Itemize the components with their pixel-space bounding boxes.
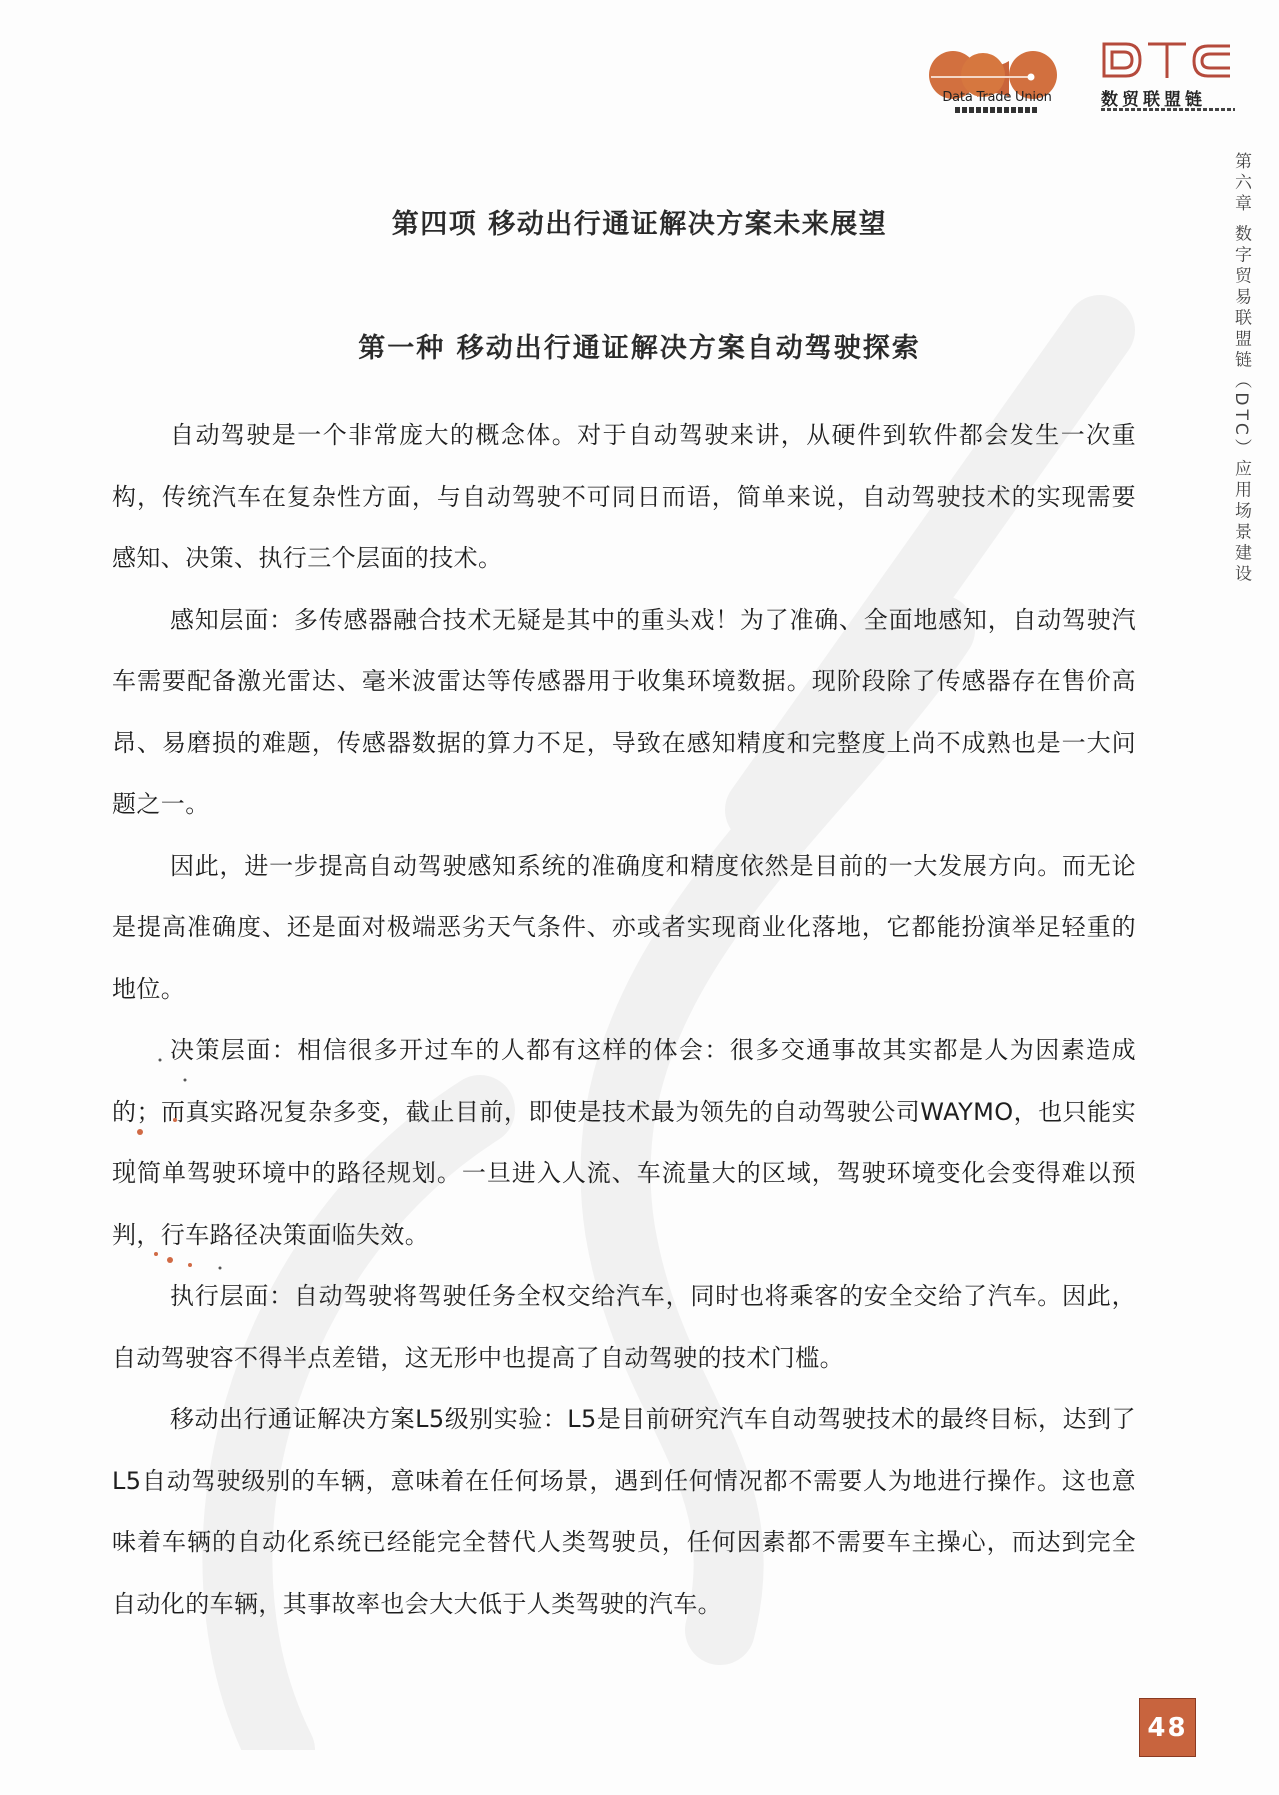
- paragraph-intro: 自动驾驶是一个非常庞大的概念体。对于自动驾驶来讲，从硬件到软件都会发生一次重构，…: [112, 405, 1136, 590]
- subsection-heading: 第一种 移动出行通证解决方案自动驾驶探索: [0, 326, 1279, 365]
- logo-right-english-line: [1101, 108, 1235, 111]
- paragraph-decision: 决策层面：相信很多开过车的人都有这样的体会：很多交通事故其实都是人为因素造成的；…: [112, 1020, 1136, 1266]
- page-number-badge: 48: [1139, 1698, 1196, 1757]
- paragraph-perception: 感知层面：多传感器融合技术无疑是其中的重头戏！为了准确、全面地感知，自动驾驶汽车…: [112, 590, 1136, 836]
- header-logos: Data Trade Union 数贸联盟链: [925, 34, 1245, 124]
- logo-left-subtitle: [955, 107, 1039, 113]
- logo-left-name: Data Trade Union: [927, 90, 1067, 105]
- logo-right-subtitle: 数贸联盟链: [1101, 85, 1241, 110]
- section-heading: 第四项 移动出行通证解决方案未来展望: [0, 202, 1279, 241]
- body-text: 自动驾驶是一个非常庞大的概念体。对于自动驾驶来讲，从硬件到软件都会发生一次重构，…: [112, 405, 1136, 1635]
- paragraph-execution: 执行层面：自动驾驶将驾驶任务全权交给汽车，同时也将乘客的安全交给了汽车。因此，自…: [112, 1266, 1136, 1389]
- paragraph-perception-outlook: 因此，进一步提高自动驾驶感知系统的准确度和精度依然是目前的一大发展方向。而无论是…: [112, 836, 1136, 1021]
- dtc-logo-icon: [1100, 38, 1235, 83]
- paragraph-l5-experiment: 移动出行通证解决方案L5级别实验：L5是目前研究汽车自动驾驶技术的最终目标，达到…: [112, 1389, 1136, 1635]
